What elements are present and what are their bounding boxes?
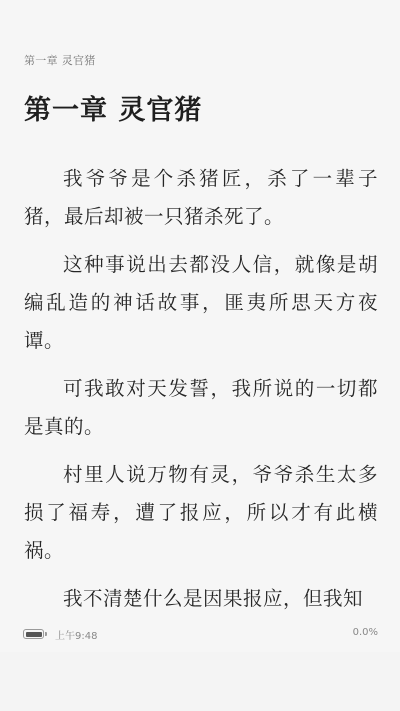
paragraph: 村里人说万物有灵，爷爷杀生太多损了福寿，遭了报应，所以才有此横祸。 — [24, 456, 378, 570]
reader-page[interactable]: 第一章 灵官猪 第一章 灵官猪 我爷爷是个杀猪匠，杀了一辈子猪，最后却被一只猪杀… — [0, 0, 400, 652]
reading-progress: 0.0% — [353, 627, 378, 638]
paragraph: 这种事说出去都没人信，就像是胡编乱造的神话故事，匪夷所思天方夜谭。 — [24, 246, 378, 360]
paragraph: 我爷爷是个杀猪匠，杀了一辈子猪，最后却被一只猪杀死了。 — [24, 160, 378, 236]
chapter-title: 第一章 灵官猪 — [24, 88, 202, 127]
bottom-strip — [0, 652, 400, 711]
running-header: 第一章 灵官猪 — [24, 52, 96, 68]
clock-time: 上午9:48 — [55, 627, 97, 642]
battery-icon — [23, 629, 44, 639]
chapter-content: 我爷爷是个杀猪匠，杀了一辈子猪，最后却被一只猪杀死了。 这种事说出去都没人信，就… — [24, 160, 378, 628]
reader-status-bar: 上午9:48 0.0% — [0, 622, 400, 644]
paragraph: 我不清楚什么是因果报应，但我知 — [24, 580, 378, 618]
paragraph: 可我敢对天发誓，我所说的一切都是真的。 — [24, 370, 378, 446]
